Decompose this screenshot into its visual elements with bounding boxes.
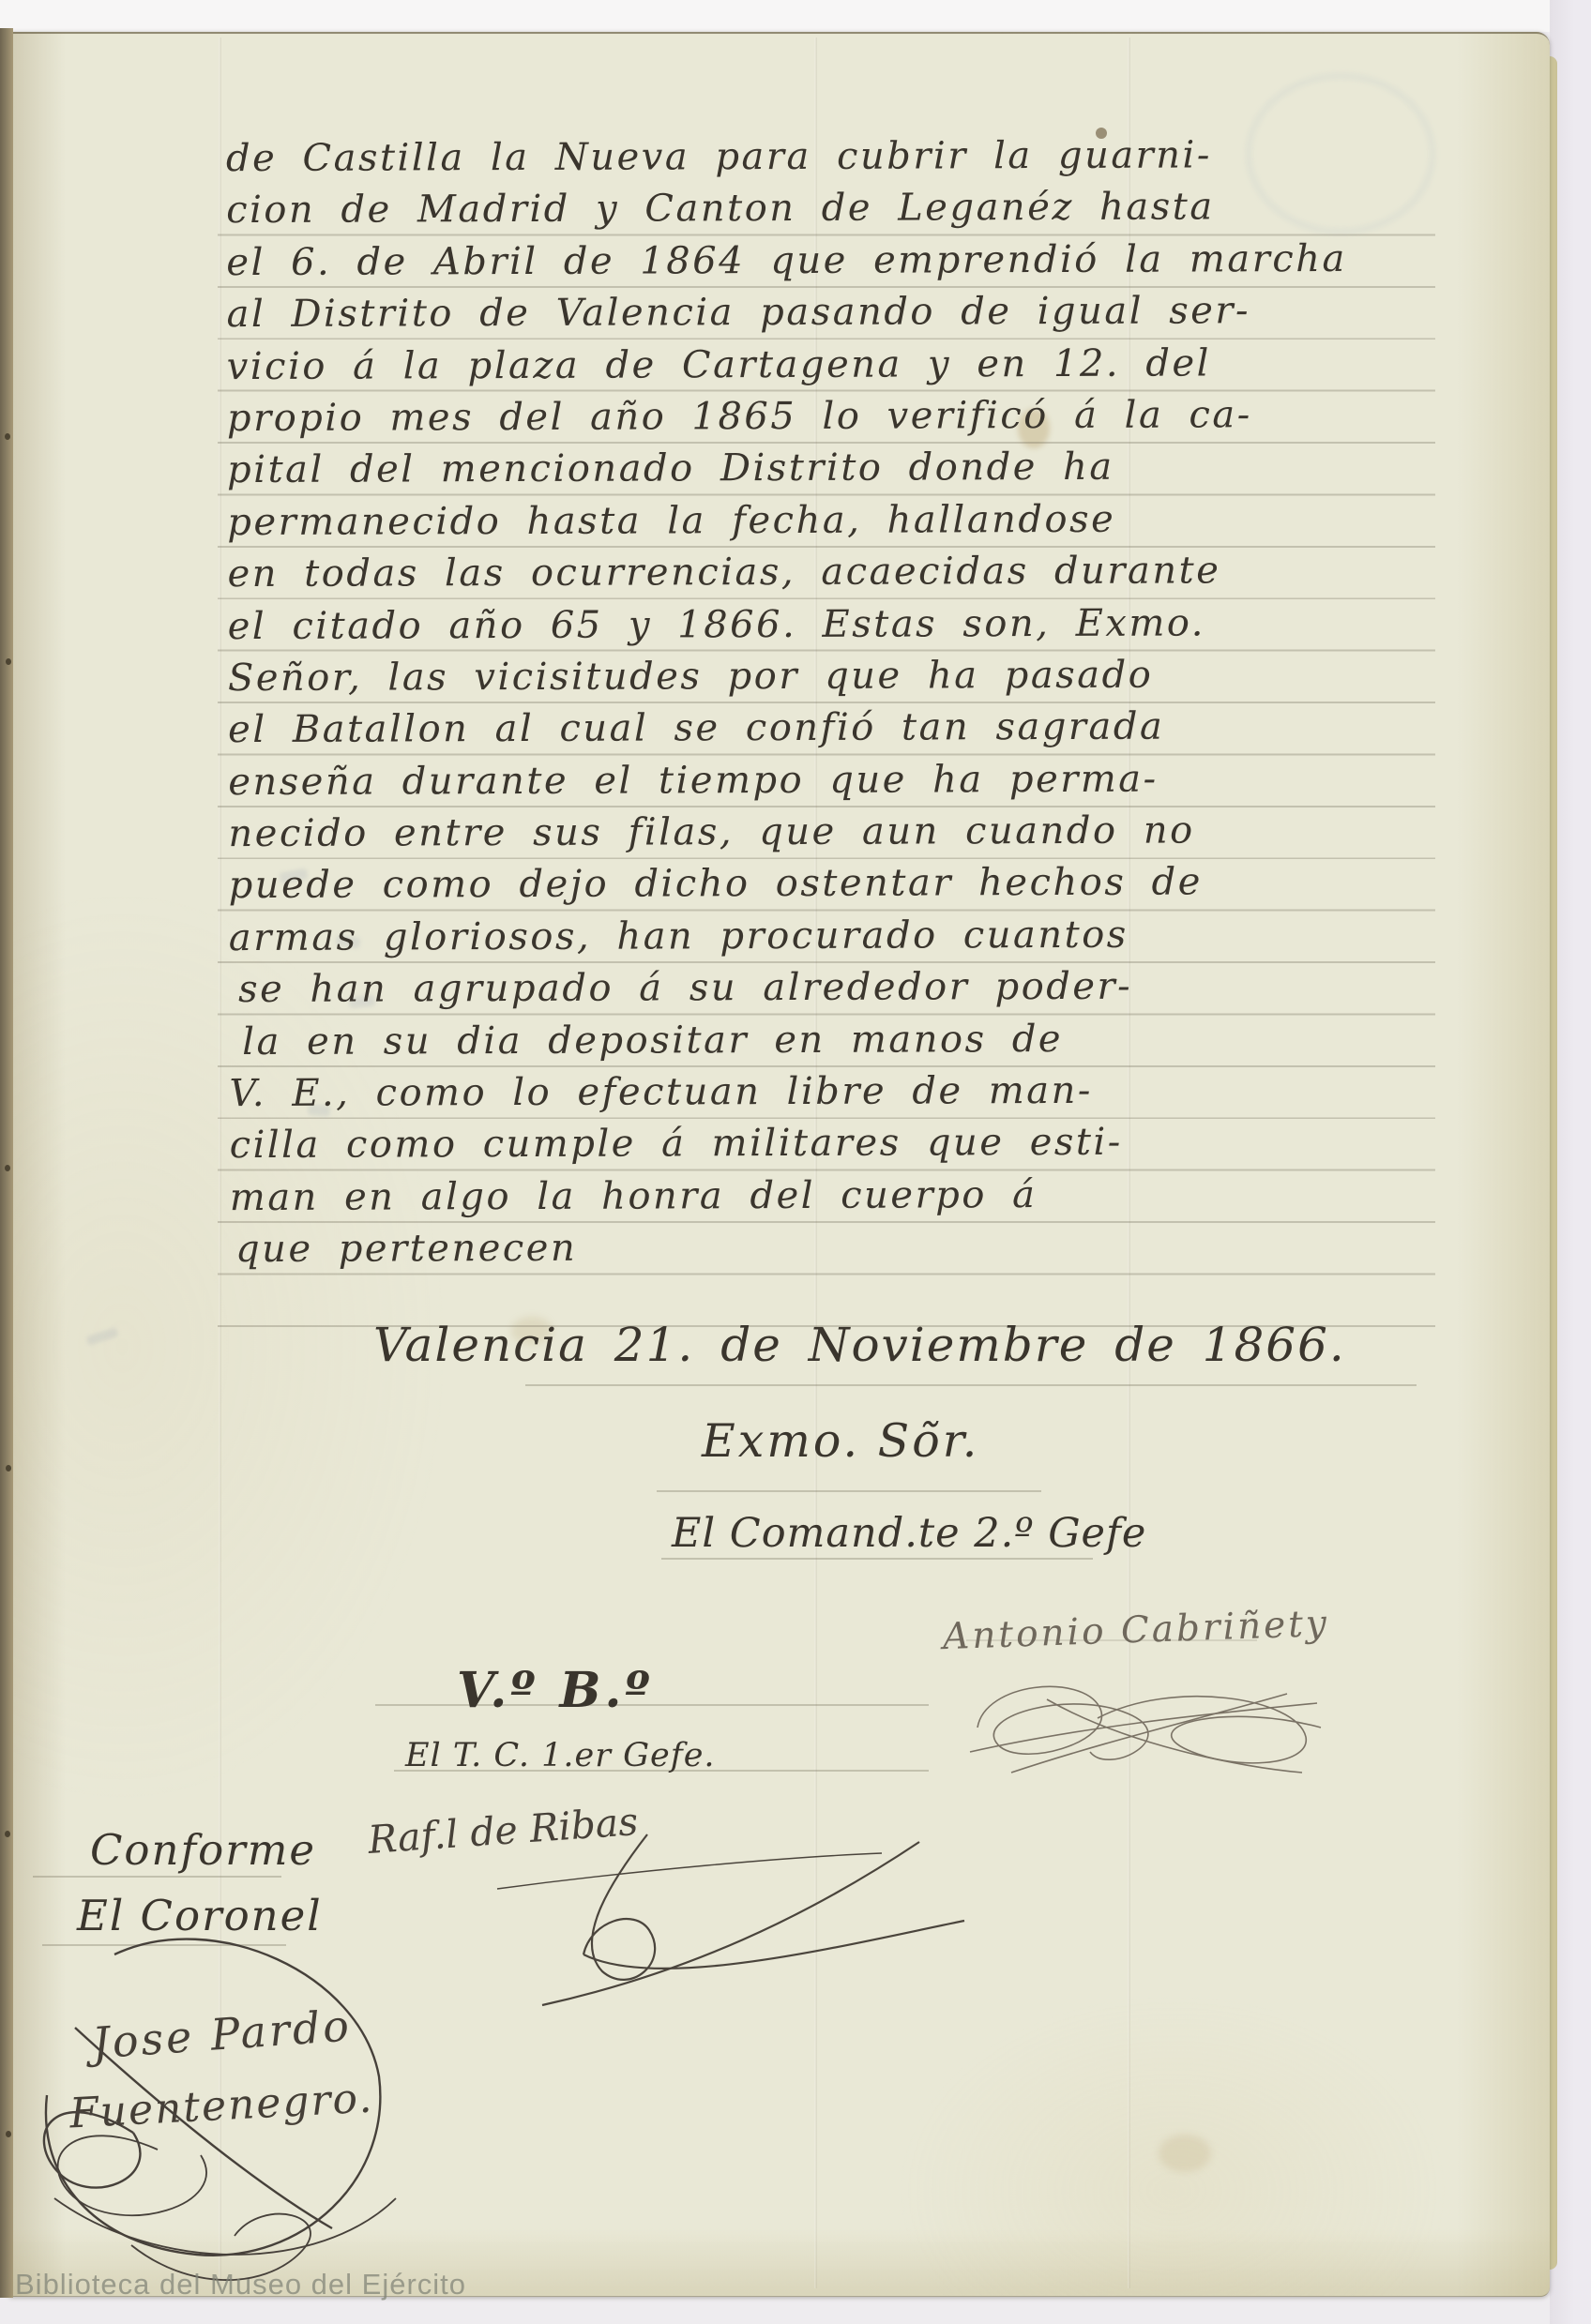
stitch-hole xyxy=(5,1831,10,1837)
body-line: de Castilla la Nueva para cubrir la guar… xyxy=(226,129,1347,186)
stitch-hole xyxy=(6,658,11,665)
body-line: armas gloriosos, han procurado cuantos xyxy=(229,909,1350,965)
dateline: Valencia 21. de Noviembre de 1866. xyxy=(373,1318,1346,1372)
stitch-hole xyxy=(6,1465,11,1471)
stitch-hole xyxy=(5,433,10,440)
body-line: puede como dejo dicho ostentar hechos de xyxy=(229,856,1350,913)
scanner-background: de Castilla la Nueva para cubrir la guar… xyxy=(0,0,1591,2324)
body-line: V. E., como lo efectuan libre de man- xyxy=(229,1064,1350,1121)
library-watermark: Biblioteca del Museo del Ejército xyxy=(15,2268,466,2301)
body-line: en todas las ocurrencias, acaecidas dura… xyxy=(227,545,1348,601)
body-line: la en su dia depositar en manos de xyxy=(242,1013,1350,1069)
cabrinety-rubric-flourish xyxy=(957,1662,1341,1803)
guide-line xyxy=(657,1490,1041,1492)
ribas-rubric-flourish xyxy=(356,1831,976,2028)
body-line: el Batallon al cual se confió tan sagrad… xyxy=(228,701,1349,757)
body-line: enseña durante el tiempo que ha perma- xyxy=(228,753,1349,809)
stitch-hole xyxy=(6,2131,11,2137)
body-line: propio mes del año 1865 lo verificó á la… xyxy=(227,389,1348,445)
body-line: el citado año 65 y 1866. Estas son, Exmo… xyxy=(228,596,1349,653)
paper-stain xyxy=(1159,2135,1211,2172)
closing-salutation: Exmo. Sõr. xyxy=(702,1414,979,1468)
body-line: el 6. de Abril de 1864 que emprendió la … xyxy=(226,234,1347,290)
vobo-label: V.º B.º xyxy=(457,1662,654,1719)
body-line: man en algo la honra del cuerpo á xyxy=(230,1169,1351,1225)
pardo-rubric-flourish xyxy=(17,1915,420,2290)
body-line: permanecido hasta la fecha, hallandose xyxy=(227,493,1348,550)
body-line: se han agrupado á su alrededor poder- xyxy=(238,960,1350,1017)
guide-line xyxy=(661,1558,1093,1560)
body-line: cilla como cumple á militares que esti- xyxy=(230,1116,1351,1172)
conforme-label: Conforme xyxy=(90,1825,316,1875)
stitch-hole xyxy=(5,1165,10,1171)
body-line: necido entre sus filas, que aun cuando n… xyxy=(228,805,1349,861)
vobo-title: El T. C. 1.er Gefe. xyxy=(405,1737,716,1774)
body-line: pital del mencionado Distrito donde ha xyxy=(227,441,1348,497)
body-text: de Castilla la Nueva para cubrir la guar… xyxy=(226,129,1351,1276)
body-line: cion de Madrid y Canton de Leganéz hasta xyxy=(226,181,1347,237)
guide-line xyxy=(33,1876,281,1878)
body-line: que pertenecen xyxy=(235,1220,1351,1276)
body-line: al Distrito de Valencia pasando de igual… xyxy=(226,285,1347,341)
guide-line xyxy=(525,1384,1417,1386)
body-line: vicio á la plaza de Cartagena y en 12. d… xyxy=(227,337,1348,393)
binding-gutter xyxy=(0,28,13,2298)
body-line: Señor, las vicisitudes por que ha pasado xyxy=(228,649,1349,705)
closing-title: El Comand.te 2.º Gefe xyxy=(672,1510,1146,1557)
